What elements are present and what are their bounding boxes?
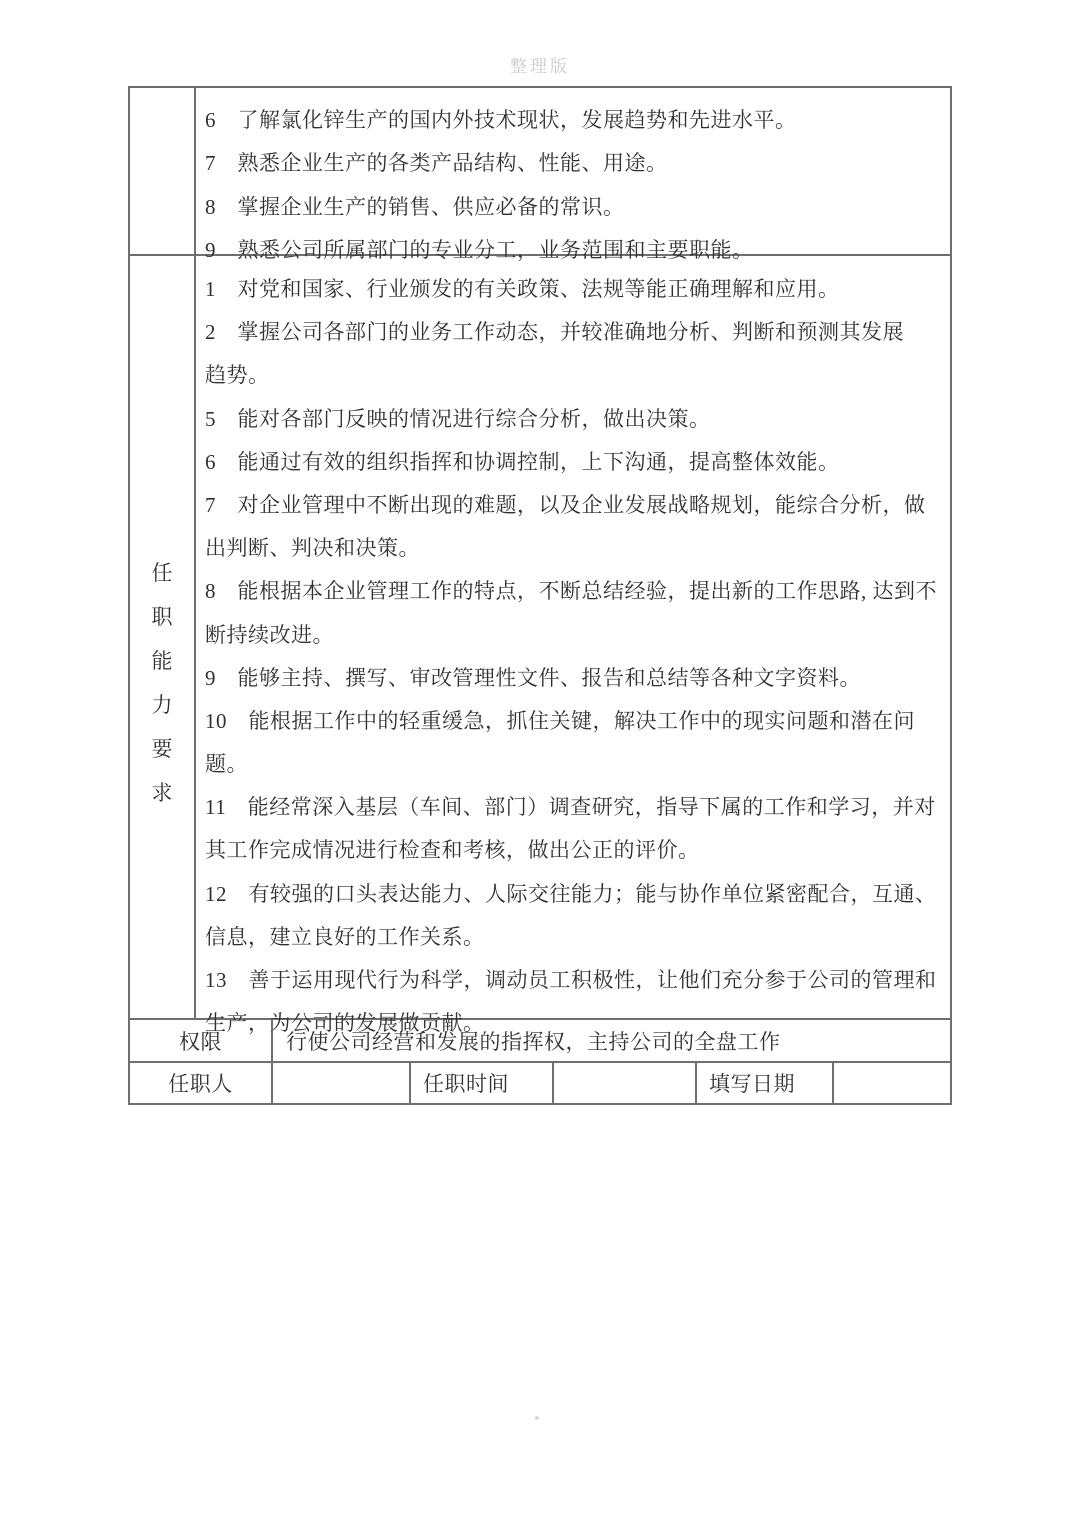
vertical-header-char: 求 bbox=[152, 771, 173, 815]
competency-item-line: 其工作完成情况进行检查和考核，做出公正的评价。 bbox=[205, 829, 944, 872]
competency-item-line: 13 善于运用现代行为科学，调动员工积极性，让他们充分参于公司的管理和 bbox=[205, 959, 944, 1002]
fill-date-label-cell: 填写日期 bbox=[697, 1063, 834, 1103]
competency-item-line: 12 有较强的口头表达能力、人际交往能力；能与协作单位紧密配合，互通、 bbox=[205, 873, 944, 916]
footer-mark-dot bbox=[535, 1416, 539, 1420]
incumbent-label-cell: 任职人 bbox=[130, 1063, 273, 1103]
competency-item-line: 1 对党和国家、行业颁发的有关政策、法规等能正确理解和应用。 bbox=[205, 268, 944, 311]
authority-label: 权限 bbox=[130, 1020, 273, 1061]
competency-item-line: 题。 bbox=[205, 743, 944, 786]
knowledge-row-header-cell bbox=[130, 88, 196, 254]
watermark-text: 整理版 bbox=[510, 52, 570, 77]
job-description-table: 6 了解氯化锌生产的国内外技术现状，发展趋势和先进水平。7 熟悉企业生产的各类产… bbox=[128, 86, 952, 1105]
competency-item-line: 11 能经常深入基层（车间、部门）调查研究，指导下属的工作和学习，并对 bbox=[205, 786, 944, 829]
competency-item-line: 2 掌握公司各部门的业务工作动态，并较准确地分析、判断和预测其发展 bbox=[205, 311, 944, 354]
competency-item-line: 5 能对各部门反映的情况进行综合分析，做出决策。 bbox=[205, 398, 944, 441]
vertical-header-char: 能 bbox=[152, 639, 173, 683]
vertical-header-char: 要 bbox=[152, 727, 173, 771]
competency-item-line: 断持续改进。 bbox=[205, 614, 944, 657]
competency-item-line: 10 能根据工作中的轻重缓急，抓住关键，解决工作中的现实问题和潜在问 bbox=[205, 700, 944, 743]
tenure-time-value-cell bbox=[554, 1063, 697, 1103]
knowledge-item-line: 6 了解氯化锌生产的国内外技术现状，发展趋势和先进水平。 bbox=[205, 99, 944, 142]
competency-header-vertical: 任职能力要求 bbox=[130, 256, 196, 1018]
incumbent-value-cell bbox=[273, 1063, 411, 1103]
competency-item-line: 信息，建立良好的工作关系。 bbox=[205, 916, 944, 959]
knowledge-item-line: 7 熟悉企业生产的各类产品结构、性能、用途。 bbox=[205, 142, 944, 185]
authority-value: 行使公司经营和发展的指挥权，主持公司的全盘工作 bbox=[273, 1020, 950, 1061]
vertical-header-char: 任 bbox=[152, 551, 173, 595]
knowledge-item-line: 8 掌握企业生产的销售、供应必备的常识。 bbox=[205, 186, 944, 229]
competency-item-line: 9 能够主持、撰写、审改管理性文件、报告和总结等各种文字资料。 bbox=[205, 657, 944, 700]
knowledge-items: 6 了解氯化锌生产的国内外技术现状，发展趋势和先进水平。7 熟悉企业生产的各类产… bbox=[196, 88, 950, 254]
competency-item-line: 8 能根据本企业管理工作的特点，不断总结经验，提出新的工作思路, 达到不 bbox=[205, 570, 944, 613]
competency-item-line: 7 对企业管理中不断出现的难题，以及企业发展战略规划，能综合分析，做 bbox=[205, 484, 944, 527]
competency-item-line: 6 能通过有效的组织指挥和协调控制，上下沟通，提高整体效能。 bbox=[205, 441, 944, 484]
competency-item-line: 出判断、判决和决策。 bbox=[205, 527, 944, 570]
authority-row: 权限 行使公司经营和发展的指挥权，主持公司的全盘工作 bbox=[130, 1020, 950, 1063]
knowledge-row: 6 了解氯化锌生产的国内外技术现状，发展趋势和先进水平。7 熟悉企业生产的各类产… bbox=[130, 88, 950, 256]
competency-item-line: 趋势。 bbox=[205, 354, 944, 397]
signature-row: 任职人 任职时间 填写日期 bbox=[130, 1063, 950, 1103]
vertical-header-char: 力 bbox=[152, 683, 173, 727]
vertical-header-char: 职 bbox=[152, 595, 173, 639]
competency-row: 任职能力要求 1 对党和国家、行业颁发的有关政策、法规等能正确理解和应用。2 掌… bbox=[130, 256, 950, 1020]
fill-date-value-cell bbox=[834, 1063, 950, 1103]
tenure-time-label-cell: 任职时间 bbox=[411, 1063, 554, 1103]
document-page: 整理版 6 了解氯化锌生产的国内外技术现状，发展趋势和先进水平。7 熟悉企业生产… bbox=[0, 0, 1080, 1528]
competency-items: 1 对党和国家、行业颁发的有关政策、法规等能正确理解和应用。2 掌握公司各部门的… bbox=[196, 256, 950, 1018]
